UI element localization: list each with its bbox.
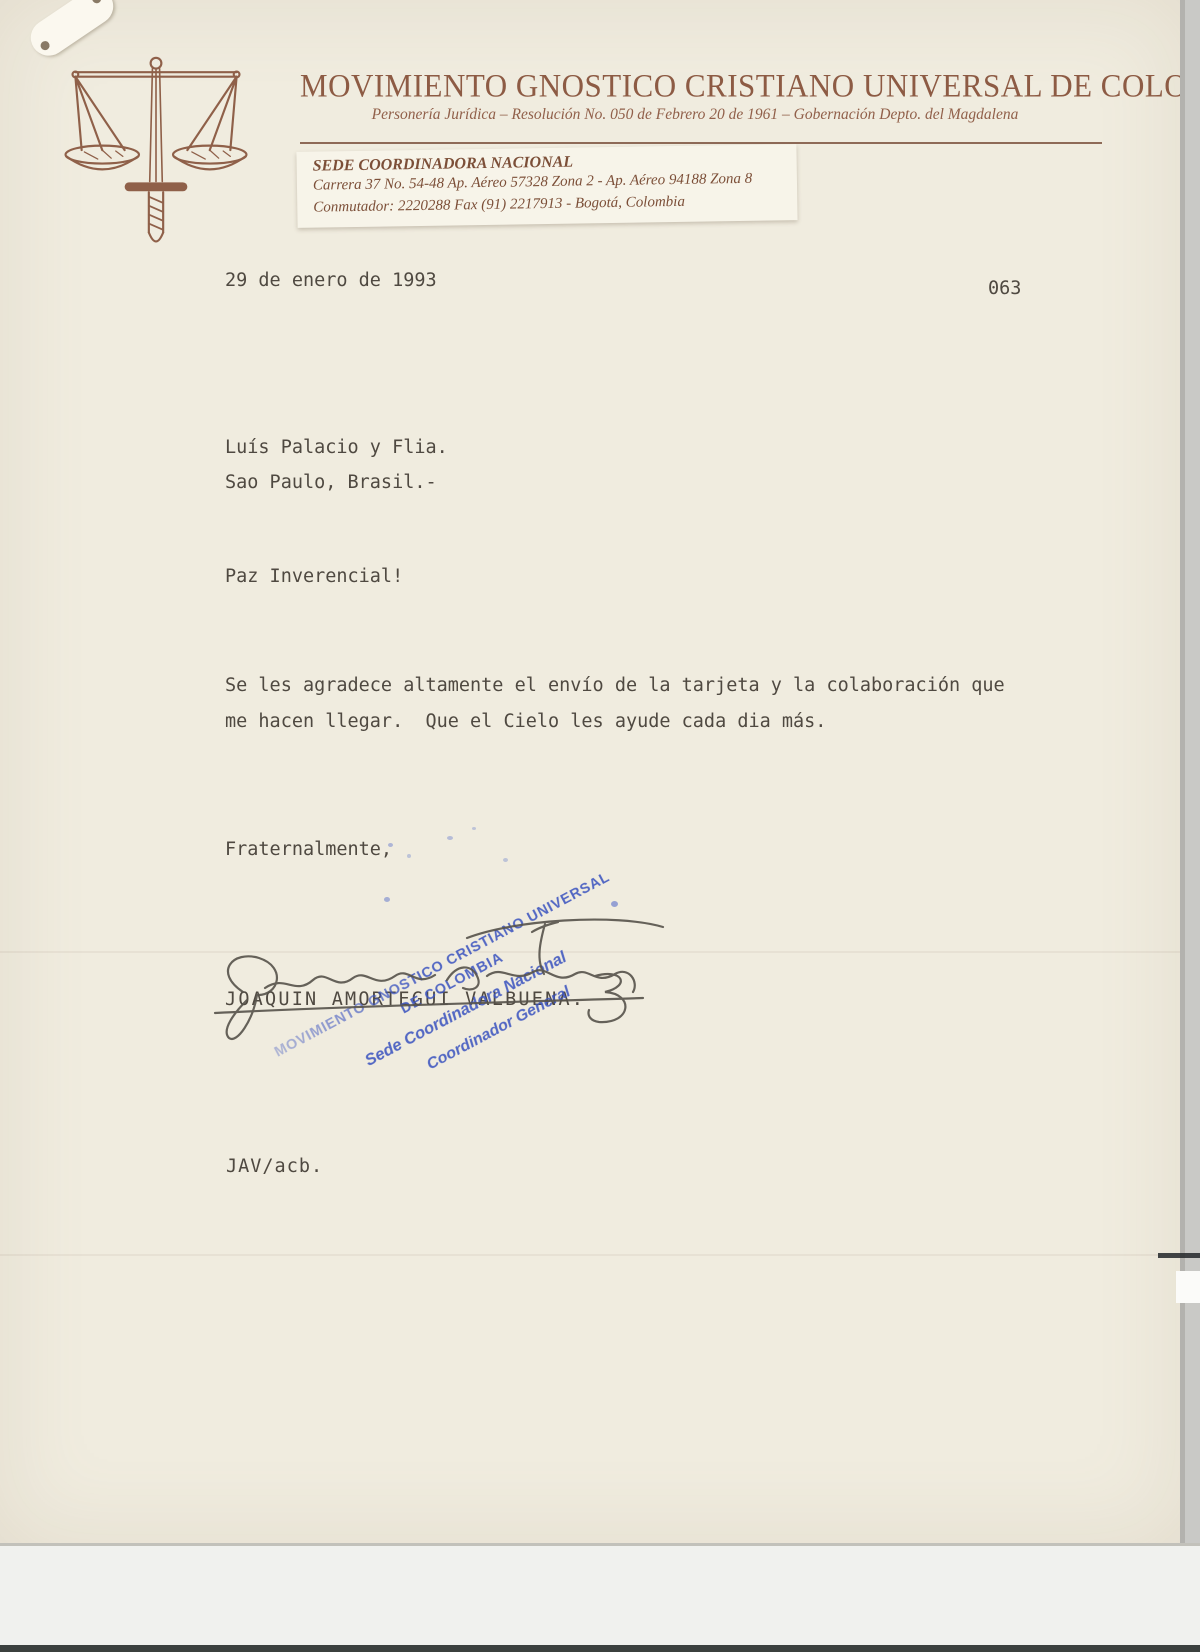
letter-date: 29 de enero de 1993 bbox=[225, 270, 437, 291]
office-address-box: SEDE COORDINADORA NACIONAL Carrera 37 No… bbox=[296, 144, 797, 228]
letterhead-divider bbox=[300, 142, 1102, 144]
sticker-dot bbox=[90, 0, 102, 5]
legal-registration-line: Personería Jurídica – Resolución No. 050… bbox=[300, 106, 1090, 124]
scales-sword-logo bbox=[52, 48, 260, 254]
ink-speck bbox=[388, 843, 393, 847]
greeting: Paz Inverencial! bbox=[225, 566, 403, 587]
handwritten-signature bbox=[195, 880, 695, 1065]
scanned-letter: MOVIMIENTO GNOSTICO CRISTIANO UNIVERSAL … bbox=[0, 0, 1200, 1652]
recipient-city: Sao Paulo, Brasil.- bbox=[225, 472, 437, 493]
ink-speck bbox=[407, 854, 411, 858]
scan-artifact-dark-line bbox=[1158, 1253, 1200, 1258]
scanner-background bbox=[1185, 0, 1200, 1543]
ink-speck bbox=[472, 827, 476, 830]
sticker-dot bbox=[39, 39, 51, 51]
recipient-name: Luís Palacio y Flia. bbox=[225, 437, 448, 458]
letter-page: MOVIMIENTO GNOSTICO CRISTIANO UNIVERSAL … bbox=[0, 0, 1184, 1543]
scanner-bottom-stripe bbox=[0, 1645, 1200, 1652]
paper-crease bbox=[0, 1254, 1184, 1256]
ink-speck bbox=[447, 836, 453, 840]
body-line-2: me hacen llegar. Que el Cielo les ayude … bbox=[225, 711, 826, 732]
document-number: 063 bbox=[988, 278, 1021, 299]
scanner-bottom-band bbox=[0, 1546, 1200, 1645]
org-name-title: MOVIMIENTO GNOSTICO CRISTIANO UNIVERSAL … bbox=[300, 67, 1090, 104]
closing: Fraternalmente, bbox=[225, 839, 392, 860]
reference-initials: JAV/acb. bbox=[226, 1156, 323, 1177]
body-line-1: Se les agradece altamente el envío de la… bbox=[225, 675, 1005, 696]
scan-artifact-white-patch bbox=[1176, 1271, 1200, 1303]
ink-speck bbox=[503, 858, 508, 862]
